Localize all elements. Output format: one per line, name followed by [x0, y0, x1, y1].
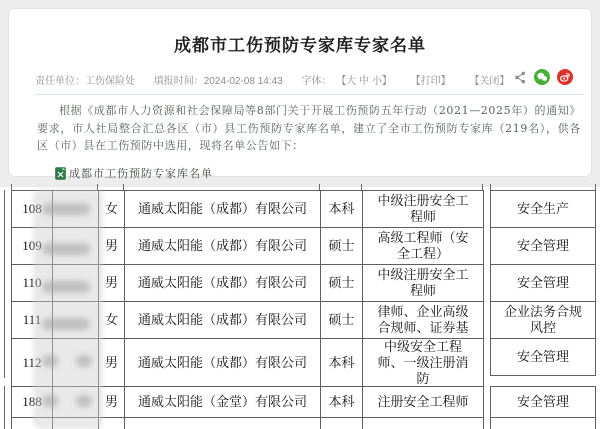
print-button[interactable]: 【打印】 [411, 76, 451, 87]
excel-file-icon [55, 167, 66, 180]
close-button[interactable]: 【关闭】 [469, 76, 509, 87]
table-stub [490, 184, 491, 190]
table-row: 安全生产 [491, 191, 596, 228]
table-row-partial [491, 418, 596, 429]
cell-education: 本科 [321, 191, 363, 228]
attachment-link[interactable]: 成都市工伤预防专家库名单 [55, 165, 213, 181]
cell-education: 本科 [321, 387, 363, 418]
cell-company: 通威太阳能（成都）有限公司 [125, 302, 321, 339]
name-smudge [42, 281, 90, 293]
table-left-edge [4, 386, 5, 429]
cell-education: 硕士 [321, 228, 363, 265]
meta-bar: 责任单位：工伤保险处 填报时间：2024-02-08 14:43 字体： 【大 … [35, 72, 575, 87]
wechat-icon[interactable] [534, 69, 550, 85]
divider [34, 94, 584, 95]
cell-specialty: 安全管理 [491, 387, 596, 418]
name-smudge [76, 355, 92, 367]
font-label: 字体： [302, 76, 332, 87]
cell-specialty: 安全管理 [491, 265, 596, 302]
cell-company: 通威太阳能（成都）有限公司 [125, 228, 321, 265]
notice-paragraph: 根据《成都市人力资源和社会保障局等8部门关于开展工伤预防五年行动（2021—20… [37, 102, 581, 155]
name-smudge [42, 355, 58, 367]
content-card: 成都市工伤预防专家库专家名单 责任单位：工伤保险处 填报时间：2024-02-0… [8, 8, 592, 177]
cell-title: 中级安全工程师、一级注册消防 [363, 339, 484, 388]
table-stub [319, 184, 320, 190]
cell-education: 硕士 [321, 302, 363, 339]
cell-title: 中级注册安全工程师 [363, 191, 484, 228]
expert-table-specialty-2: 安全管理 [490, 386, 596, 429]
cell-company: 通威太阳能（成都）有限公司 [125, 339, 321, 388]
cell-specialty: 安全管理 [491, 228, 596, 265]
share-icon[interactable] [514, 71, 527, 84]
table-row: 安全管理 [491, 228, 596, 265]
table-stub [123, 184, 124, 190]
cell-title: 注册安全工程师 [363, 387, 484, 418]
cell-specialty: 企业法务合规风控 [491, 302, 596, 339]
cell-company: 通威太阳能（成都）有限公司 [125, 265, 321, 302]
cell-specialty: 安全生产 [491, 191, 596, 228]
font-size-selector[interactable]: 【大 中 小】 [336, 76, 392, 87]
expert-table-specialty: 安全生产 安全管理 安全管理 企业法务合规风控 安全管理 [490, 190, 596, 376]
cell-company: 通威太阳能（成都）有限公司 [125, 191, 321, 228]
cell-title: 律师、企业高级合规师、证券基 [363, 302, 484, 339]
cell-title: 中级注册安全工程师 [363, 265, 484, 302]
table-stub [482, 184, 483, 190]
report-time: 填报时间：2024-02-08 14:43 [154, 76, 283, 87]
table-stub [11, 184, 12, 190]
name-blur-overlay [33, 189, 103, 429]
cell-specialty: 安全管理 [491, 339, 596, 376]
table-stub [361, 184, 362, 190]
table-stub [595, 184, 596, 190]
page-title: 成都市工伤预防专家库专家名单 [9, 31, 591, 56]
cell-education: 硕士 [321, 265, 363, 302]
name-smudge [42, 395, 58, 407]
table-row: 安全管理 [491, 387, 596, 418]
table-left-edge [4, 190, 5, 378]
table-row: 安全管理 [491, 265, 596, 302]
name-smudge [76, 395, 92, 407]
name-smudge [42, 243, 90, 255]
share-bar [514, 69, 573, 85]
table-row: 企业法务合规风控 [491, 302, 596, 339]
cell-company: 通威太阳能（金堂）有限公司 [125, 387, 321, 418]
cell-education: 本科 [321, 339, 363, 388]
responsible-unit: 责任单位：工伤保险处 [35, 76, 135, 87]
name-smudge [42, 203, 90, 215]
cell-title: 高级工程师（安全工程） [363, 228, 484, 265]
attachment-label: 成都市工伤预防专家库名单 [69, 165, 213, 181]
name-smudge [42, 318, 90, 330]
table-row: 安全管理 [491, 339, 596, 376]
weibo-icon[interactable] [557, 69, 573, 85]
